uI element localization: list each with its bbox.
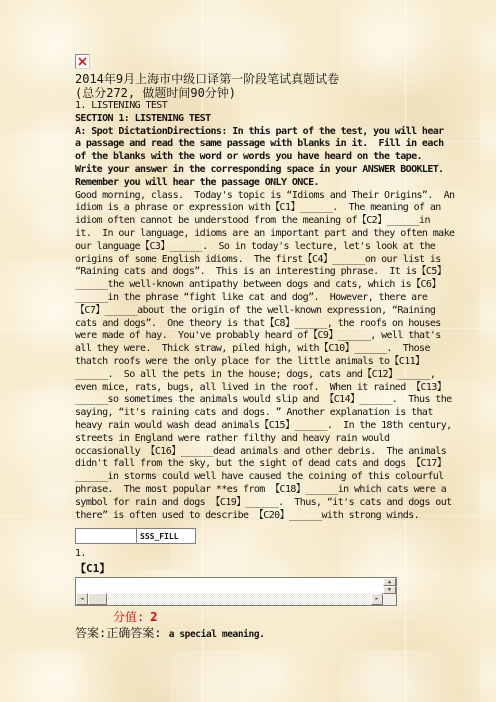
down-arrow-icon: ▼ [388,588,391,593]
section-list-item: 1. LISTENING TEST [75,100,475,113]
text-line: of the blanks with the word or words you… [75,151,475,164]
answer-prefix: 答案: [75,626,106,640]
scroll-up-button[interactable]: ▲ [383,578,396,586]
passage-text: Good morning, class. Today's topic is “I… [75,190,475,523]
text-line: “Raining cats and dogs”. This is an inte… [75,266,475,279]
broken-image-icon [75,54,90,69]
question-number: 1. [75,548,475,561]
up-arrow-icon: ▲ [388,580,391,585]
text-line: even mice, rats, bugs, all lived in the … [75,382,475,395]
text-line: origins of some English idioms. The firs… [75,254,475,267]
answer-textarea[interactable]: ▲ ▼ ◄ ► [75,577,397,606]
directions-text: A: Spot DictationDirections: In this par… [75,126,475,190]
answer-textarea-content[interactable] [76,578,383,593]
text-line: Write your answer in the corresponding s… [75,164,475,177]
text-line: didn't fall from the sky, but the sight … [75,458,475,471]
right-arrow-icon: ► [375,597,378,602]
text-line: were made of hay. You've probably heard … [75,330,475,343]
text-line: there” is often used to describe 【C20】__… [75,510,475,523]
answer-line: 答案:正确答案: a special meaning. [75,626,475,642]
scroll-left-button[interactable]: ◄ [76,593,88,605]
section-heading: SECTION 1: LISTENING TEST [75,113,475,126]
text-line: heavy rain would wash dead animals【C15】_… [75,420,475,433]
text-line: ______the well-known antipathy between d… [75,279,475,292]
horizontal-scrollbar[interactable]: ◄ ► [76,593,383,605]
scroll-right-button[interactable]: ► [371,593,383,605]
text-line: occasionally 【C16】______dead animals and… [75,446,475,459]
fill-blank-type-label: SSS_FILL [137,529,196,544]
fill-blank-table: SSS_FILL [75,528,196,544]
text-line: our language【C3】______. So in today's le… [75,241,475,254]
score-label: 分值: [113,610,144,624]
question-label: 【C1】 [75,562,475,575]
text-line: ______so sometimes the animals would sli… [75,394,475,407]
page-title: 2014年9月上海市中级口译第一阶段笔试真题试卷 [75,72,475,86]
text-line: a passage and read the same passage with… [75,138,475,151]
answer-text: a special meaning. [169,629,265,640]
page-subtitle: (总分272, 做题时间90分钟) [75,86,475,100]
text-line: Remember you will hear the passage ONLY … [75,177,475,190]
text-line: all they were. Thick straw, piled high, … [75,343,475,356]
score-line: 分值:2 [75,610,475,624]
text-line: saying, “it's raining cats and dogs. ” A… [75,407,475,420]
exam-page: 2014年9月上海市中级口译第一阶段笔试真题试卷 (总分272, 做题时间90分… [0,0,475,642]
text-line: it. In our language, idioms are an impor… [75,228,475,241]
text-line: phrase. The most popular **es from 【C18】… [75,484,475,497]
text-line: idiom often cannot be understood from th… [75,215,475,228]
text-line: ______. So all the pets in the house; do… [75,369,475,382]
text-line: idiom is a phrase or expression with【C1】… [75,202,475,215]
red-x-glyph [78,57,87,66]
scroll-down-button[interactable]: ▼ [383,586,396,594]
score-value: 2 [144,610,157,624]
text-line: Good morning, class. Today's topic is “I… [75,190,475,203]
text-line: symbol for rain and dogs 【C19】______. Th… [75,497,475,510]
scrollbar-track[interactable] [107,593,371,605]
text-line: ______in storms could well have caused t… [75,471,475,484]
left-arrow-icon: ◄ [80,597,83,602]
fill-blank-input[interactable] [76,529,137,544]
vertical-scrollbar[interactable]: ▲ ▼ [383,578,396,605]
text-line: thatch roofs were the only place for the… [75,356,475,369]
scrollbar-thumb[interactable] [88,593,107,605]
text-line: streets in England were rather filthy an… [75,433,475,446]
text-line: 【C7】______about the origin of the well-k… [75,305,475,318]
answer-label: 正确答案: [106,626,161,640]
fill-blank-row: SSS_FILL [76,529,196,544]
text-line: cats and dogs”. One theory is that【C8】__… [75,318,475,331]
text-line: A: Spot DictationDirections: In this par… [75,126,475,139]
text-line: ______in the phrase “fight like cat and … [75,292,475,305]
